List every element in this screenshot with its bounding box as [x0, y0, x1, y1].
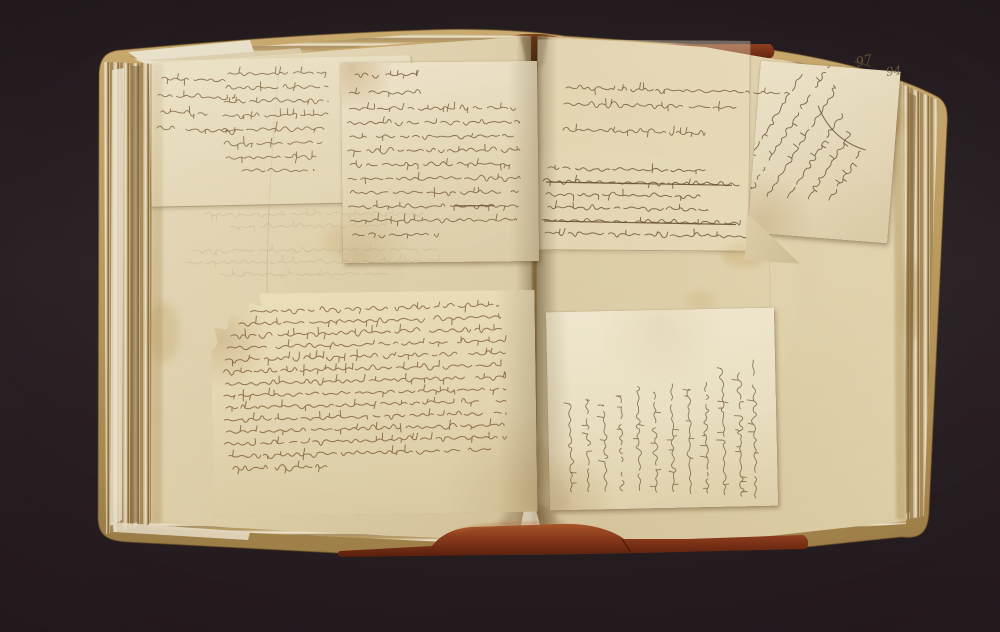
handwriting-right-list [540, 158, 778, 246]
manuscript-photo: 97 94 [0, 0, 1000, 632]
pasted-slip-right-bottom [546, 308, 778, 511]
pasted-slip-left-bottom [210, 290, 537, 517]
handwriting-ghost-showthrough [185, 205, 453, 299]
page-edges-left-highlight [110, 68, 124, 526]
folio-number-current: 94 [885, 63, 902, 79]
handwriting-left-top-block [222, 62, 338, 180]
handwriting-right-top-note [558, 78, 806, 150]
handwriting-left-bottom-slip [210, 290, 537, 517]
handwriting-right-bottom-slip [546, 308, 778, 511]
